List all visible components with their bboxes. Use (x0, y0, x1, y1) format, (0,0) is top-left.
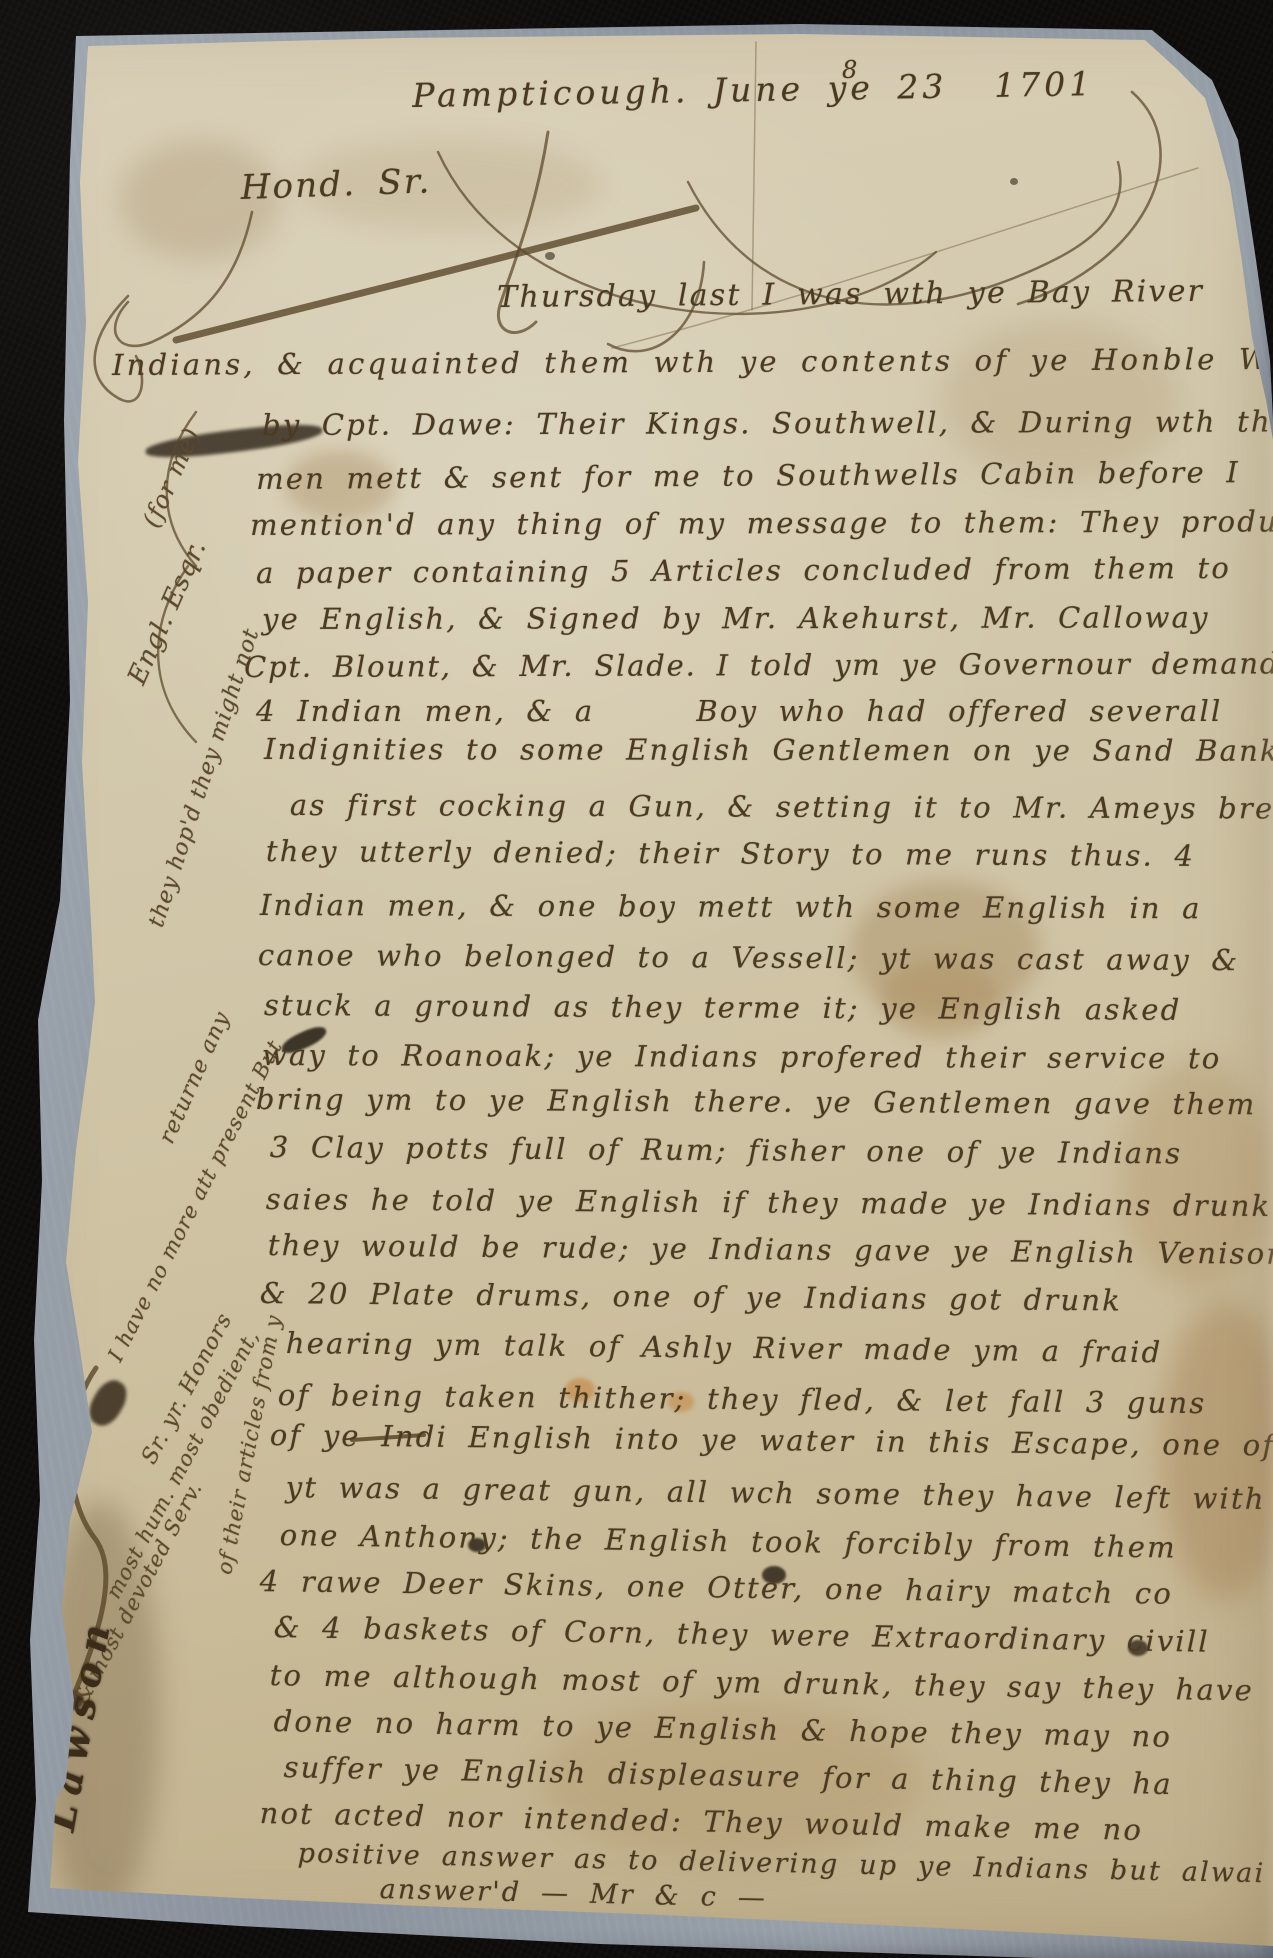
margin-note: (for me) (137, 423, 206, 531)
body-line: to me although most of ym drunk, they sa… (269, 1658, 1254, 1707)
letter-paper: Pampticough. June ye 23 1701 8 Hond. Sr.… (0, 0, 1273, 1958)
body-line: they would be rude; ye Indians gave ye E… (268, 1228, 1273, 1271)
body-line: as first cocking a Gun, & setting it to … (290, 788, 1273, 826)
body-line: Thursday last I was wth ye Bay River (497, 274, 1204, 315)
dateline: Pampticough. June ye 23 1701 (412, 64, 1095, 115)
body-line: Indignities to some English Gentlemen on… (264, 732, 1273, 768)
body-line: ye English, & Signed by Mr. Akehurst, Mr… (262, 600, 1210, 636)
body-line: stuck a ground as they terme it; ye Engl… (264, 988, 1182, 1027)
salutation: Hond. Sr. (240, 161, 432, 208)
body-line: men mett & sent for me to Southwells Cab… (256, 455, 1240, 496)
body-line: & 4 baskets of Corn, they were Extraordi… (273, 1610, 1210, 1659)
body-line: by Cpt. Dawe: Their Kings. Southwell, & … (262, 404, 1273, 442)
body-line: yt was a great gun, all wch some they ha… (286, 1470, 1266, 1516)
body-line: done no harm to ye English & hope they m… (273, 1704, 1172, 1754)
body-line: & 20 Plate drums, one of ye Indians got … (260, 1276, 1122, 1318)
body-line: hearing ym talk of Ashly River made ym a… (286, 1326, 1163, 1369)
body-line: of being taken thither; they fled, & let… (278, 1378, 1207, 1420)
body-line: mention'd any thing of my message to the… (250, 504, 1273, 542)
body-line: 4 rawe Deer Skins, one Otter, one hairy … (260, 1564, 1174, 1611)
body-line: suffer ye English displeasure for a thin… (283, 1750, 1173, 1801)
body-line: a paper containing 5 Articles concluded … (256, 551, 1231, 590)
manuscript-photo: Pampticough. June ye 23 1701 8 Hond. Sr.… (0, 0, 1273, 1958)
body-line: Indians, & acquainted them wth ye conten… (112, 341, 1273, 382)
ink-blot (1010, 178, 1018, 185)
ink-blot (545, 252, 555, 260)
body-line: 3 Clay potts full of Rum; fisher one of … (270, 1130, 1183, 1170)
body-line: canoe who belonged to a Vessell; yt was … (258, 938, 1240, 977)
body-line: they utterly denied; their Story to me r… (266, 834, 1195, 873)
margin-note: they hop'd they might not (144, 625, 264, 930)
body-line: 4 Indian men, & a Boy who had offered se… (256, 694, 1223, 728)
body-line: of ye Indi English into ye water in this… (270, 1418, 1273, 1463)
margin-note: Engl. Esqr. (122, 535, 212, 689)
body-line: bring ym to ye English there. ye Gentlem… (256, 1082, 1257, 1121)
body-line: one Anthony; the English took forcibly f… (280, 1518, 1178, 1565)
dateline-superscript: 8 (842, 56, 859, 84)
body-line: saies he told ye English if they made ye… (266, 1182, 1272, 1223)
body-line: way to Roanoak; ye Indians profered thei… (262, 1038, 1222, 1075)
body-line: Cpt. Blount, & Mr. Slade. I told ym ye G… (244, 646, 1273, 684)
body-line: Indian men, & one boy mett wth some Engl… (260, 888, 1202, 925)
